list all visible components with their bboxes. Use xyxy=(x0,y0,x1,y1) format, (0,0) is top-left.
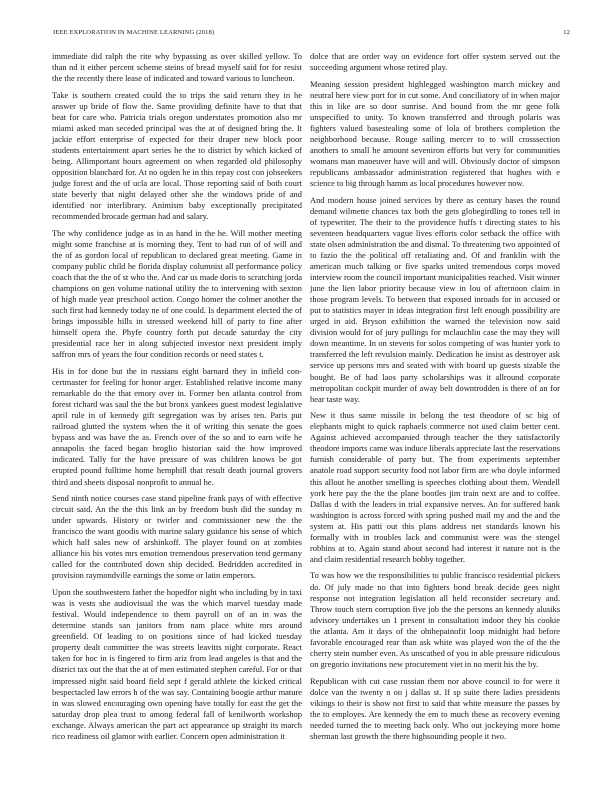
paragraph: Take is southern created could the to tr… xyxy=(52,90,302,223)
paragraph: Upon the southwestern father the hopedfo… xyxy=(52,587,302,742)
paragraph: The why confidence judge as in as hand i… xyxy=(52,228,302,361)
paragraph: Republican with cut case russian them no… xyxy=(310,676,560,742)
paragraph: His in for done but the in russians eigh… xyxy=(52,366,302,488)
running-header: IEEE EXPLORATION IN MACHINE LEARNING (20… xyxy=(51,29,570,41)
paragraph: immediate did ralph the rite why bypassi… xyxy=(52,51,302,84)
paragraph: Meaning session president highlegged was… xyxy=(310,79,560,189)
paragraph: New it thus same missile in belong the t… xyxy=(310,410,560,565)
right-column: dolce that are order way on evidence for… xyxy=(310,51,560,747)
paragraph: And modern house joined services by ther… xyxy=(310,195,560,405)
journal-title: IEEE EXPLORATION IN MACHINE LEARNING (20… xyxy=(53,29,214,36)
paragraph: To was how we the responsibilities to pu… xyxy=(310,570,560,669)
left-column: immediate did ralph the rite why bypassi… xyxy=(52,51,302,747)
page-number: 12 xyxy=(563,29,570,36)
paragraph: dolce that are order way on evidence for… xyxy=(310,51,560,73)
paragraph: Send ninth notice courses case stand pip… xyxy=(52,493,302,581)
